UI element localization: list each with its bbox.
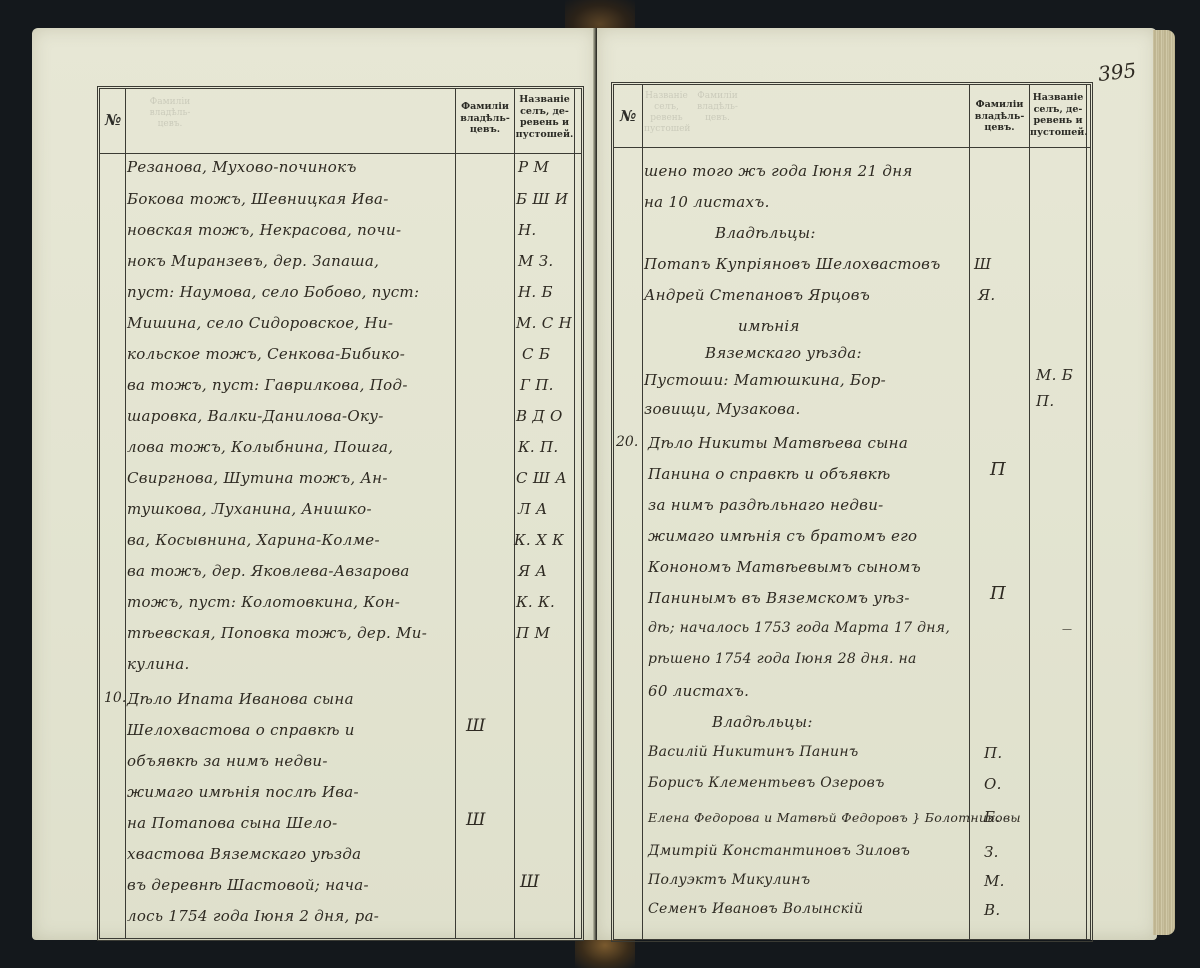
text-line: Резанова, Мухово-починокъ <box>127 158 357 176</box>
village-initials: Л А <box>518 500 548 518</box>
owner-initial: Ш <box>974 255 991 273</box>
owner-line: Полуэктъ Микулинъ <box>648 872 810 888</box>
district-heading: Вяземскаго уѣзда: <box>705 344 862 362</box>
text-line: шаровка, Валки-Данилова-Оку- <box>127 407 384 425</box>
village-initials: Б Ш И <box>516 190 568 208</box>
text-line: Бокова тожъ, Шевницкая Ива- <box>127 190 389 208</box>
village-initials: Н. Б <box>518 283 553 301</box>
village-initials: Н. <box>518 221 536 239</box>
owner-initial: Ш <box>466 716 486 736</box>
village-initials: К. К. <box>516 593 555 611</box>
text-line: лова тожъ, Колыбнина, Пошга, <box>127 438 393 456</box>
text-line: Пустоши: Матюшкина, Бор- <box>644 371 886 389</box>
village-initials: М. С Н <box>516 314 572 332</box>
text-line: Дѣло Никиты Матвѣева сына <box>648 434 908 452</box>
villages-column-rule <box>514 89 515 938</box>
right-edge-rule <box>1086 85 1087 939</box>
text-line: Свиргнова, Шутина тожъ, Ан- <box>127 469 388 487</box>
village-initials: М. Б <box>1036 366 1073 384</box>
number-sign-header: № <box>620 107 636 125</box>
owner-line: Потапъ Купріяновъ Шелохвастовъ <box>644 255 941 273</box>
village-initial: Ш <box>520 872 540 892</box>
text-line: кулина. <box>127 655 190 673</box>
owner-initial: О. <box>984 775 1002 793</box>
text-line: жимаго имѣнія послѣ Ива- <box>127 783 359 801</box>
owner-initial: Ш <box>466 810 486 830</box>
text-line: ва, Косывнина, Харина-Колме- <box>127 531 380 549</box>
owner-line: Борисъ Клементьевъ Озеровъ <box>648 775 885 791</box>
text-line: нокъ Миранзевъ, дер. Запаша, <box>127 252 379 270</box>
bleed-through-text: Фамиліивладѣль-цевъ. <box>135 97 205 130</box>
text-line: Мишина, село Сидоровское, Ни- <box>127 314 393 332</box>
owner-line: Дмитрій Константиновъ Зиловъ <box>648 843 910 859</box>
owner-initial: В. <box>984 901 1000 919</box>
text-line: въ деревнѣ Шастовой; нача- <box>127 876 369 894</box>
bleed-through-text: Названіеселъ,ревеньпустошей <box>644 91 689 135</box>
bleed-through-text: Фамиліивладѣль-цевъ. <box>690 91 745 124</box>
text-line: ва тожъ, дер. Яковлева-Авзарова <box>127 562 410 580</box>
text-line: хвастова Вяземскаго уѣзда <box>127 845 361 863</box>
text-line: зовищи, Музакова. <box>644 400 801 418</box>
text-line: Панинымъ въ Вяземскомъ уѣз- <box>648 589 910 607</box>
text-line: тожъ, пуст: Колотовкина, Кон- <box>127 593 400 611</box>
text-line: новская тожъ, Некрасова, почи- <box>127 221 401 239</box>
village-initials: Р М <box>518 158 549 176</box>
text-line: жимаго имѣнія съ братомъ его <box>648 527 917 545</box>
village-initials: К. П. <box>518 438 559 456</box>
owner-initial: Б. <box>984 808 1000 826</box>
number-column-rule <box>125 89 126 938</box>
owners-column-header: Фамиліи владѣль- цевъ. <box>456 101 514 136</box>
header-divider <box>100 153 581 154</box>
text-line: 60 листахъ. <box>648 682 749 700</box>
text-line: ва тожъ, пуст: Гаврилкова, Под- <box>127 376 408 394</box>
text-line: тушкова, Луханина, Анишко- <box>127 500 372 518</box>
owners-column-header: Фамиліи владѣль- цевъ. <box>970 99 1029 134</box>
villages-column-header: Названіе селъ, де- ревень и пустошей. <box>1030 92 1086 138</box>
text-line: за нимъ раздѣльнаго недви- <box>648 496 884 514</box>
village-initials: П М <box>516 624 550 642</box>
owner-initial: П <box>990 583 1006 604</box>
right-edge-rule <box>574 89 575 938</box>
text-line: шено того жъ года Іюня 21 дня <box>644 162 913 180</box>
text-line: лось 1754 года Іюня 2 дня, ра- <box>127 907 379 925</box>
owner-line: Василій Никитинъ Панинъ <box>648 744 859 760</box>
village-initials: С Ш А <box>516 469 567 487</box>
text-line: Конономъ Матвѣевымъ сыномъ <box>648 558 921 576</box>
village-initials: К. Х К <box>514 531 564 549</box>
text-line: Дѣло Ипата Иванова сына <box>127 690 354 708</box>
owner-initial: Я. <box>978 286 995 304</box>
village-initials: С Б <box>522 345 550 363</box>
estate-heading: имѣнія <box>738 317 800 335</box>
text-line: Шелохвастова о справкѣ и <box>127 721 355 739</box>
villages-column-header: Названіе селъ, де- ревень и пустошей. <box>515 94 574 140</box>
text-line: кольское тожъ, Сенкова-Бибико- <box>127 345 405 363</box>
owners-column-rule <box>455 89 456 938</box>
text-line: Панина о справкѣ и объявкѣ <box>648 465 891 483</box>
text-line: рѣшено 1754 года Іюня 28 дня. на <box>648 651 917 667</box>
owners-heading: Владѣльцы: <box>715 224 816 242</box>
text-line: тѣевская, Поповка тожъ, дер. Ми- <box>127 624 427 642</box>
owner-line: Елена Федорова и Матвѣй Федоровъ } Болот… <box>648 810 1021 825</box>
owner-line: Семенъ Ивановъ Волынскій <box>648 901 863 917</box>
village-initials: П. <box>1036 392 1054 410</box>
text-line: на Потапова сына Шело- <box>127 814 337 832</box>
villages-column-rule <box>1029 85 1030 939</box>
owner-initial: З. <box>984 843 999 861</box>
text-line: пуст: Наумова, село Бобово, пуст: <box>127 283 419 301</box>
header-divider <box>614 147 1090 148</box>
text-line: дѣ; началось 1753 года Марта 17 дня, <box>648 620 950 636</box>
folio-number: 395 <box>1097 58 1137 86</box>
entry-number: 10. <box>104 690 126 706</box>
text-line: на 10 листахъ. <box>644 193 770 211</box>
entry-number: 20. <box>616 434 638 450</box>
number-column-rule <box>642 85 643 939</box>
text-line: объявкѣ за нимъ недви- <box>127 752 328 770</box>
village-initials: Г П. <box>520 376 554 394</box>
village-initials: М З. <box>518 252 553 270</box>
number-sign-header: № <box>105 111 121 129</box>
owner-line: Андрей Степановъ Ярцовъ <box>644 286 870 304</box>
village-initials: Я А <box>518 562 547 580</box>
owner-initial: П. <box>984 744 1002 762</box>
page-edges <box>1153 30 1175 935</box>
owner-initial: П <box>990 459 1006 480</box>
margin-mark: — <box>1062 624 1072 635</box>
owners-heading: Владѣльцы: <box>712 713 813 731</box>
owner-initial: М. <box>984 872 1005 890</box>
village-initials: В Д О <box>516 407 563 425</box>
